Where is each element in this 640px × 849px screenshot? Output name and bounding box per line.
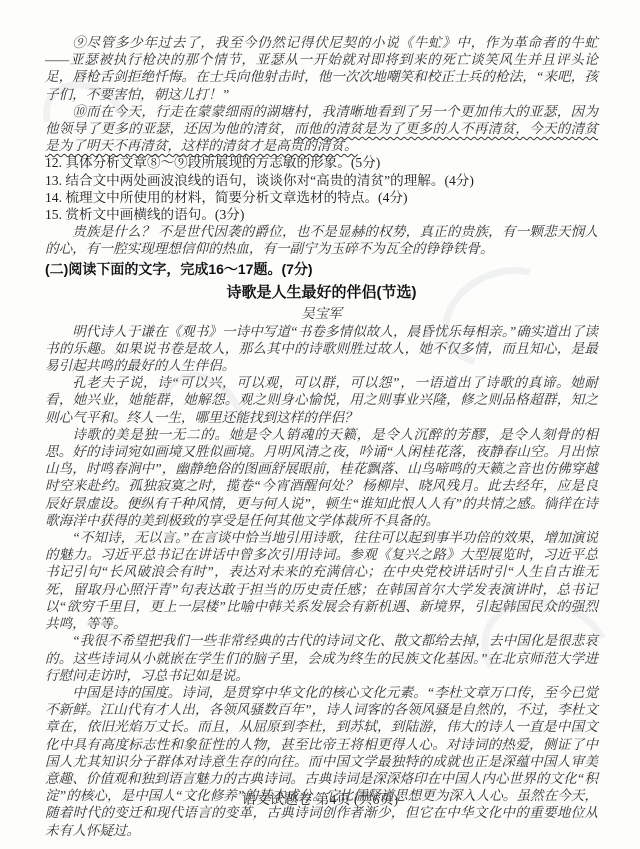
passage2-paragraph-6: 中国是诗的国度。诗词，是贯穿中华文化的核心文化元素。“李杜文章万口传，至今已觉不… (45, 684, 598, 839)
quoted-underlined-sentence: 贵族是什么？ 不是世代因袭的爵位，也不是显赫的权势，真正的贵族，有一颗悲天悯人的… (45, 223, 598, 257)
passage2-paragraph-5: “我很不希望把我们一些非常经典的古代的诗词文化、散文都给去掉，去中国化是很悲哀的… (45, 632, 598, 684)
page-footer: 语文试题卷 第4页 (共6页) (0, 792, 640, 809)
question-12: 12. 具体分析文章⑧～⑨段所展现的方志敏的形象。(5分) (45, 154, 598, 171)
passage2-paragraph-3: 诗歌的美是独一无二的。她是令人销魂的天籁，是令人沉醉的芳醪，是令人刻骨的相思。好… (45, 426, 598, 529)
passage1-paragraph-9: ⑨尽管多少年过去了，我至今仍然记得伏尼契的小说《牛虻》中，作为革命者的牛虻——亚… (45, 34, 598, 103)
question-15: 15. 赏析文中画横线的语句。(3分) (45, 206, 598, 223)
passage2-paragraph-1: 明代诗人于谦在《观书》一诗中写道“书卷多情似故人，晨昏忧乐每相亲。”确实道出了读… (45, 323, 598, 375)
passage2-author: 吴宝军 (45, 305, 598, 323)
passage1-paragraph-10: ⑩而在今天，行走在蒙蒙细雨的湖塘村，我清晰地看到了另一个更加伟大的亚瑟，因为他领… (45, 103, 598, 155)
section-2-header: (二)阅读下面的文字，完成16～17题。(7分) (45, 260, 598, 279)
passage2-paragraph-4: “不知诗，无以言。”在言谈中恰当地引用诗歌，往往可以起到事半功倍的效果，增加演说… (45, 529, 598, 632)
passage2-title: 诗歌是人生最好的伴侣(节选) (45, 283, 598, 303)
question-14: 14. 梳理文中所使用的材料，简要分析文章选材的特点。(4分) (45, 189, 598, 206)
passage2-paragraph-2: 孔老夫子说，诗“可以兴，可以观，可以群，可以怨”，一语道出了诗歌的真谛。她耐看，… (45, 374, 598, 426)
question-13: 13. 结合文中两处画波浪线的语句，谈谈你对“高贵的清贫”的理解。(4分) (45, 172, 598, 189)
exam-paper-page: ⑨尽管多少年过去了，我至今仍然记得伏尼契的小说《牛虻》中，作为革命者的牛虻——亚… (0, 0, 640, 849)
